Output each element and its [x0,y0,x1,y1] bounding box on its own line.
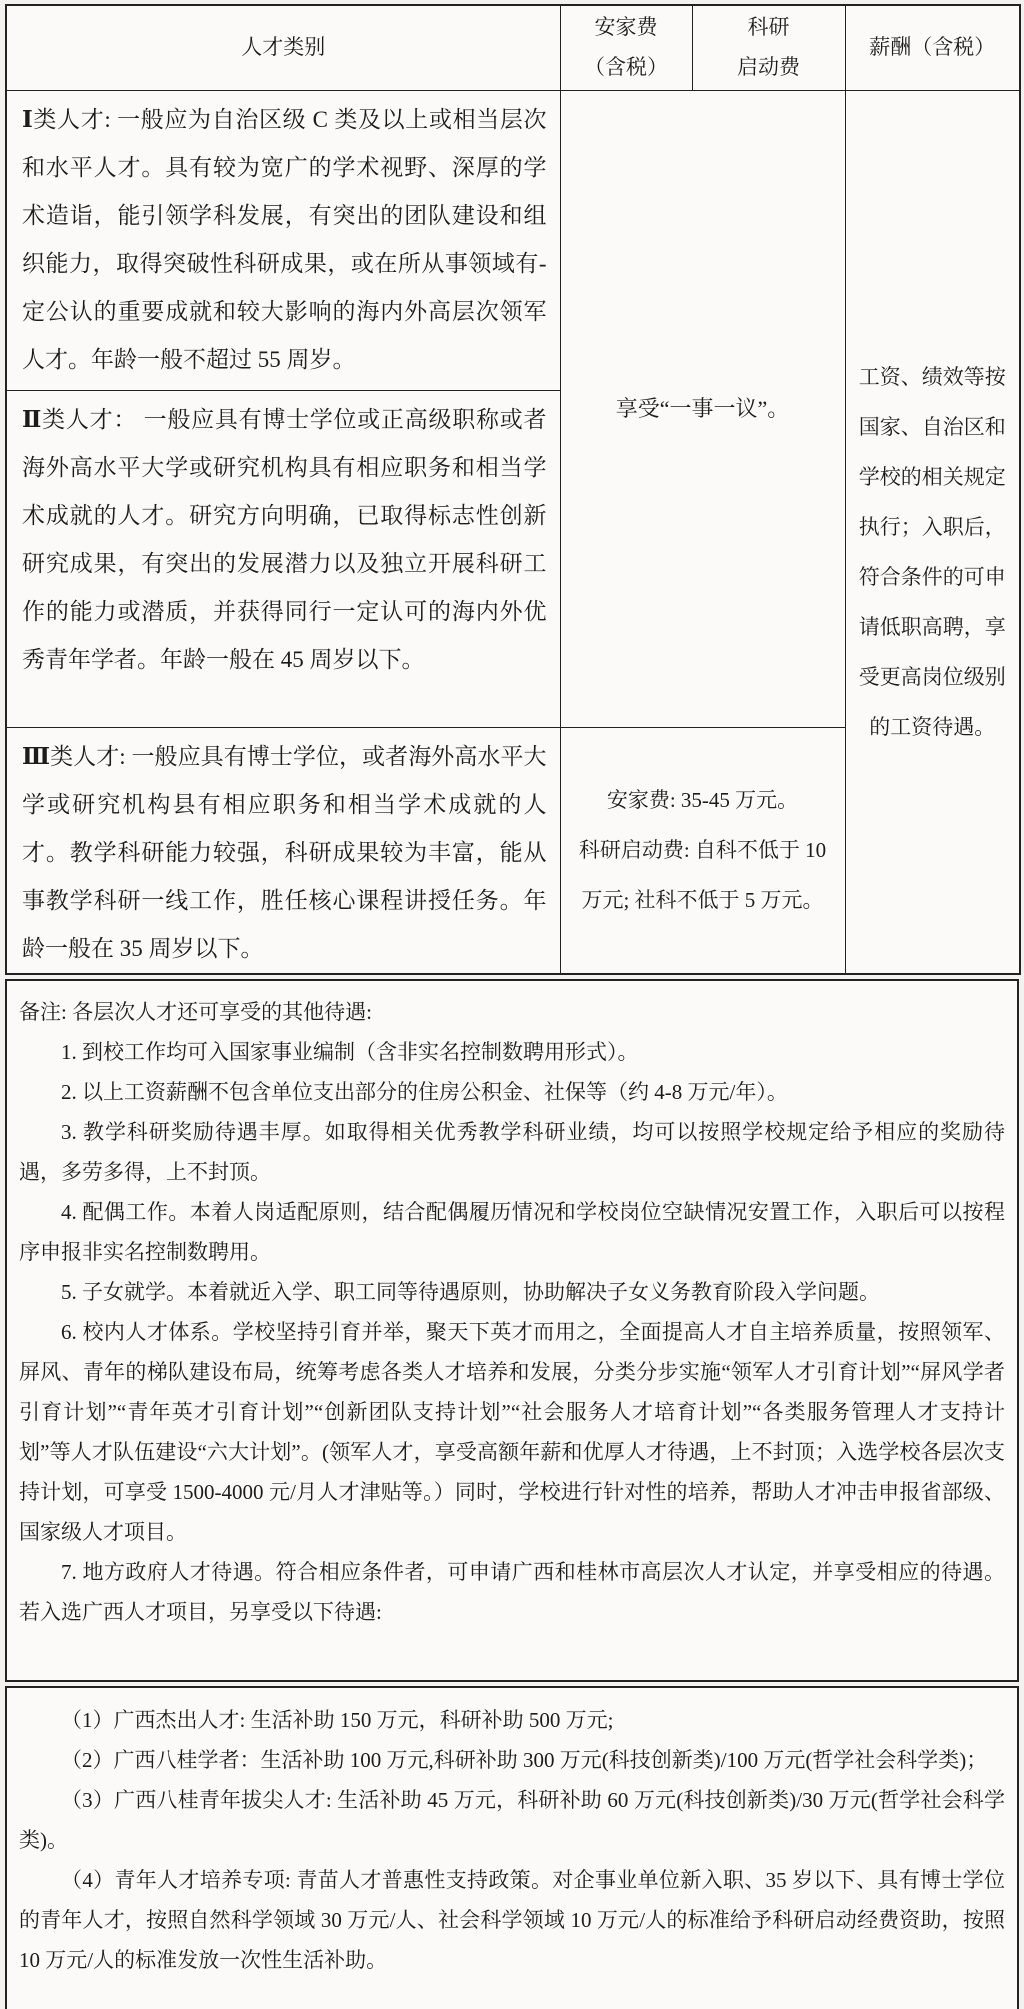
benefit-cell-row-3: 安家费: 35-45 万元。 科研启动费: 自科不低于 10 万元; 社科不低于… [560,727,845,974]
guangxi-item-4: （4）青年人才培养专项: 青苗人才普惠性支持政策。对企事业单位新入职、35 岁以… [19,1860,1005,1980]
notes-section: 备注: 各层次人才还可享受的其他待遇: 1. 到校工作均可入国家事业编制（含非实… [5,979,1019,1682]
note-item-3: 3. 教学科研奖励待遇丰厚。如取得相关优秀教学科研业绩，均可以按照学校规定给予相… [19,1112,1005,1192]
salary-cell-text: 工资、绩效等按国家、自治区和学校的相关规定执行；入职后，符合条件的可申请低职高聘… [856,352,1010,752]
talent-row-3-label: 类人才: [50,744,131,769]
one-case-one-discussion-text: 享受“一事一议”。 [616,396,790,421]
note-item-4: 4. 配偶工作。本着人岗适配原则，结合配偶履历情况和学校岗位空缺情况安置工作，入… [19,1192,1005,1272]
talent-row-2-label: 类人才： [42,407,143,432]
benefit-row-3-text: 安家费: 35-45 万元。 科研启动费: 自科不低于 10 万元; 社科不低于… [571,775,835,925]
header-salary: 薪酬（含税） [845,5,1020,90]
header-research-startup-fee: 科研 启动费 [692,5,845,90]
note-item-1: 1. 到校工作均可入国家事业编制（含非实名控制数聘用形式）。 [19,1032,1005,1072]
guangxi-item-3: （3）广西八桂青年拔尖人才: 生活补助 45 万元，科研补助 60 万元(科技创… [19,1780,1005,1860]
guangxi-item-2: （2）广西八桂学者：生活补助 100 万元,科研补助 300 万元(科技创新类)… [19,1740,1005,1780]
header-settling-allowance: 安家费 （含税） [560,5,692,90]
note-item-2: 2. 以上工资薪酬不包含单位支出部分的住房公积金、社保等（约 4-8 万元/年）… [19,1072,1005,1112]
talent-row-1-numeral: Ⅰ [22,107,33,132]
guangxi-item-1: （1）广西杰出人才: 生活补助 150 万元，科研补助 500 万元; [19,1700,1005,1740]
talent-row-2-text: 一般应具有博士学位或正高级职称或者海外高水平大学或研究机构具有相应职务和相当学术… [22,407,547,672]
guangxi-talent-project-section: （1）广西杰出人才: 生活补助 150 万元，科研补助 500 万元; （2）广… [5,1686,1019,2009]
talent-row-1-description: Ⅰ类人才: 一般应为自治区级 C 类及以上或相当层次和水平人才。具有较为宽广的学… [6,90,560,390]
talent-row-3-text: 一般应具有博士学位，或者海外高水平大学或研究机构县有相应职务和相当学术成就的人才… [22,744,547,961]
notes-intro: 备注: 各层次人才还可享受的其他待遇: [19,992,1005,1032]
talent-row-1: Ⅰ类人才: 一般应为自治区级 C 类及以上或相当层次和水平人才。具有较为宽广的学… [6,90,1020,390]
benefit-cell-rows-1-2: 享受“一事一议”。 [560,90,845,727]
talent-row-1-text: 一般应为自治区级 C 类及以上或相当层次和水平人才。具有较为宽广的学术视野、深厚… [22,107,547,372]
talent-row-2-numeral: Ⅱ [22,407,42,432]
header-talent-category: 人才类别 [6,5,560,90]
note-item-7: 7. 地方政府人才待遇。符合相应条件者，可申请广西和桂林市高层次人才认定，并享受… [19,1552,1005,1632]
document-page: 人才类别 安家费 （含税） 科研 启动费 薪酬（含税） Ⅰ类人才: 一般应为自治… [0,0,1024,2009]
note-item-5: 5. 子女就学。本着就近入学、职工同等待遇原则，协助解决子女义务教育阶段入学问题… [19,1272,1005,1312]
talent-row-2-description: Ⅱ类人才： 一般应具有博士学位或正高级职称或者海外高水平大学或研究机构具有相应职… [6,390,560,727]
talent-row-3-description: Ⅲ类人才: 一般应具有博士学位，或者海外高水平大学或研究机构县有相应职务和相当学… [6,727,560,974]
table-header-row: 人才类别 安家费 （含税） 科研 启动费 薪酬（含税） [6,5,1020,90]
talent-row-3-numeral: Ⅲ [22,744,50,769]
note-item-6: 6. 校内人才体系。学校坚持引育并举，聚天下英才而用之，全面提高人才自主培养质量… [19,1312,1005,1552]
talent-benefits-table: 人才类别 安家费 （含税） 科研 启动费 薪酬（含税） Ⅰ类人才: 一般应为自治… [5,4,1021,975]
salary-cell: 工资、绩效等按国家、自治区和学校的相关规定执行；入职后，符合条件的可申请低职高聘… [845,90,1020,974]
talent-row-1-label: 类人才: [33,107,117,132]
